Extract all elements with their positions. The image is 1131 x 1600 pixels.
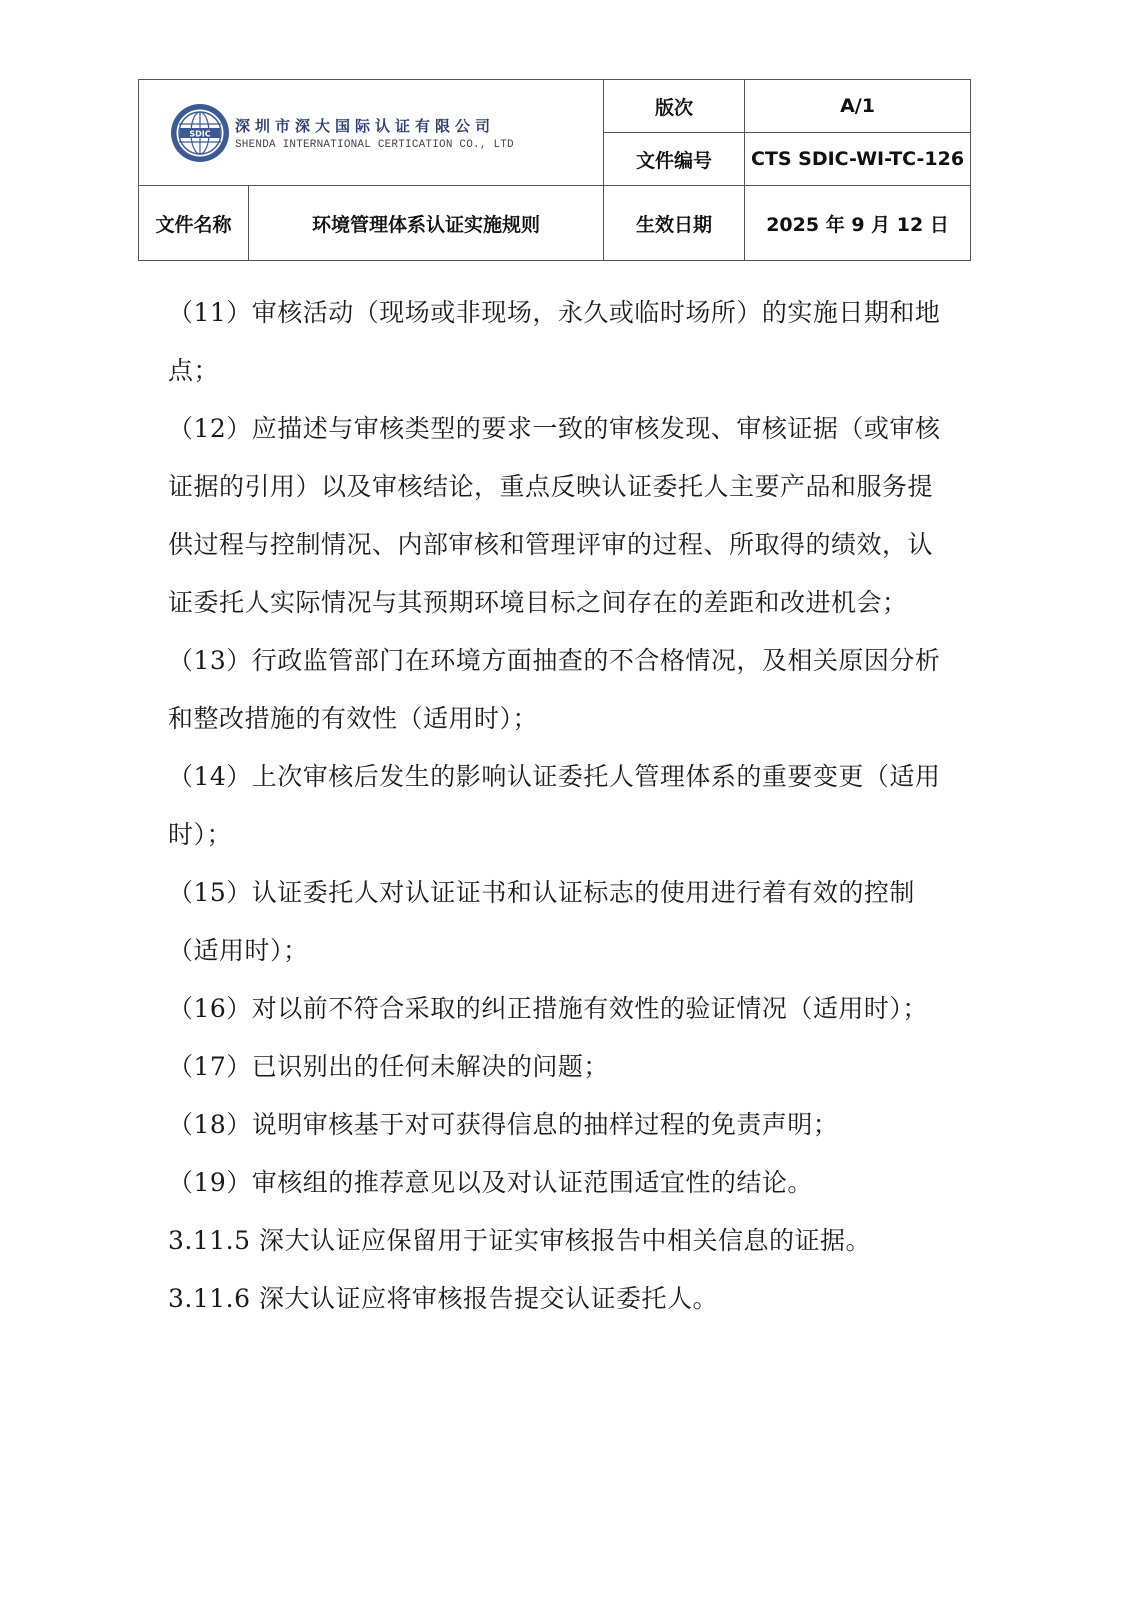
text-line: 和整改措施的有效性（适用时）； (168, 690, 948, 748)
effective-date-value: 2025 年 9 月 12 日 (745, 186, 971, 261)
svg-text:SDIC: SDIC (189, 129, 210, 138)
text-line: 证委托人实际情况与其预期环境目标之间存在的差距和改进机会； (168, 574, 948, 632)
text-line: （16）对以前不符合采取的纠正措施有效性的验证情况（适用时）； (168, 980, 948, 1038)
company-name-cn: 深圳市深大国际认证有限公司 (235, 115, 514, 136)
text-line: 时）； (168, 806, 948, 864)
doc-name-value: 环境管理体系认证实施规则 (249, 186, 604, 261)
doc-name-label: 文件名称 (139, 186, 249, 261)
effective-date-label: 生效日期 (604, 186, 745, 261)
text-line: 点； (168, 342, 948, 400)
text-line: （18）说明审核基于对可获得信息的抽样过程的免责声明； (168, 1096, 948, 1154)
section-3-11-6: 3.11.6 深大认证应将审核报告提交认证委托人。 (168, 1270, 948, 1328)
version-label: 版次 (604, 80, 745, 133)
company-logo: SDIC 深圳市深大国际认证有限公司 SHENDA INTERNATIONAL … (139, 102, 603, 164)
text-line: （17）已识别出的任何未解决的问题； (168, 1038, 948, 1096)
text-line: （14）上次审核后发生的影响认证委托人管理体系的重要变更（适用 (168, 748, 948, 806)
text-line: （适用时）； (168, 922, 948, 980)
text-line: 供过程与控制情况、内部审核和管理评审的过程、所取得的绩效，认 (168, 516, 948, 574)
company-name-en: SHENDA INTERNATIONAL CERTICATION CO., LT… (235, 139, 514, 151)
text-line: （15）认证委托人对认证证书和认证标志的使用进行着有效的控制 (168, 864, 948, 922)
doc-number-label: 文件编号 (604, 133, 745, 186)
text-line: （19）审核组的推荐意见以及对认证范围适宜性的结论。 (168, 1154, 948, 1212)
company-logo-cell: SDIC 深圳市深大国际认证有限公司 SHENDA INTERNATIONAL … (139, 80, 604, 186)
text-line: 证据的引用）以及审核结论，重点反映认证委托人主要产品和服务提 (168, 458, 948, 516)
section-3-11-5: 3.11.5 深大认证应保留用于证实审核报告中相关信息的证据。 (168, 1212, 948, 1270)
text-line: （13）行政监管部门在环境方面抽查的不合格情况，及相关原因分析 (168, 632, 948, 690)
text-line: （12）应描述与审核类型的要求一致的审核发现、审核证据（或审核 (168, 400, 948, 458)
version-value: A/1 (745, 80, 971, 133)
document-header-table: SDIC 深圳市深大国际认证有限公司 SHENDA INTERNATIONAL … (138, 79, 971, 261)
text-line: （11）审核活动（现场或非现场，永久或临时场所）的实施日期和地 (168, 284, 948, 342)
document-body: （11）审核活动（现场或非现场，永久或临时场所）的实施日期和地 点； （12）应… (168, 284, 948, 1328)
company-name: 深圳市深大国际认证有限公司 SHENDA INTERNATIONAL CERTI… (235, 115, 514, 151)
doc-number-value: CTS SDIC-WI-TC-126 (745, 133, 971, 186)
sdic-globe-logo-icon: SDIC (169, 102, 231, 164)
